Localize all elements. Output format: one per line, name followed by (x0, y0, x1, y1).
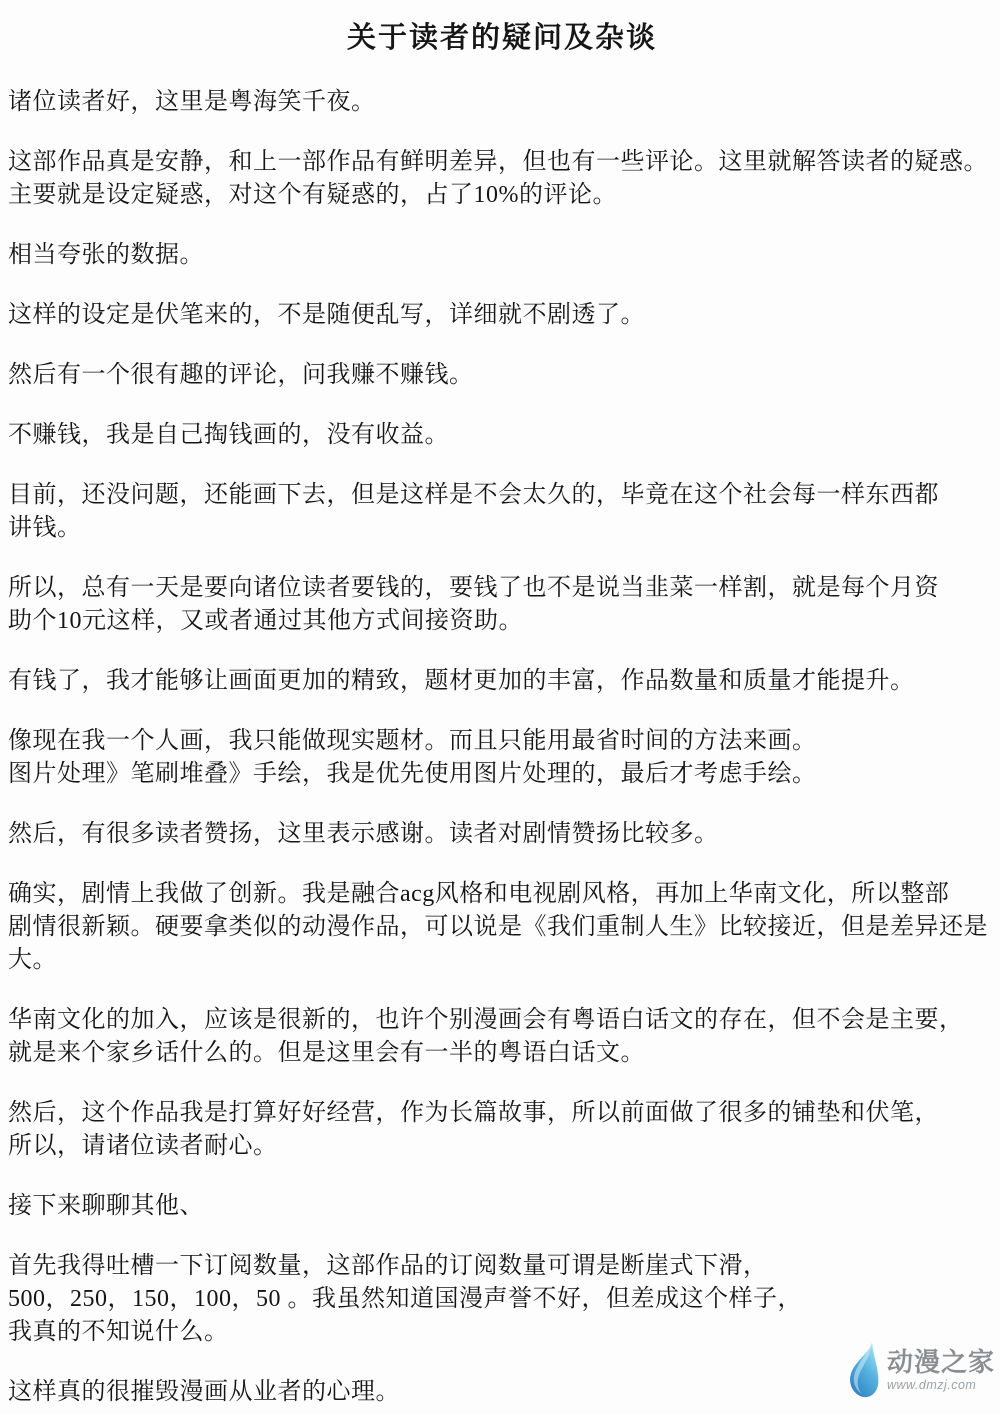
paragraph: 华南文化的加入，应该是很新的，也许个别漫画会有粤语白话文的存在，但不会是主要， … (8, 1004, 996, 1070)
paragraph: 所以，总有一天是要向诸位读者要钱的，要钱了也不是说当韭菜一样割，就是每个月资 助… (8, 572, 996, 638)
paragraph: 然后，有很多读者赞扬，这里表示感谢。读者对剧情赞扬比较多。 (8, 818, 996, 851)
paragraph: 不赚钱，我是自己掏钱画的，没有收益。 (8, 419, 996, 452)
author-note-page: 关于读者的疑问及杂谈 诸位读者好，这里是粤海笑千夜。 这部作品真是安静，和上一部… (0, 0, 1000, 1414)
paragraph: 然后，这个作品我是打算好好经营，作为长篇故事，所以前面做了很多的铺垫和伏笔， 所… (8, 1097, 996, 1163)
brand-url: www.dmzj.com (887, 1377, 976, 1393)
page-title: 关于读者的疑问及杂谈 (8, 16, 996, 60)
dmzj-watermark: 动漫之家 www.dmzj.com (845, 1334, 995, 1406)
brand-name: 动漫之家 (887, 1347, 995, 1377)
paragraph: 像现在我一个人画，我只能做现实题材。而且只能用最省时间的方法来画。 图片处理》笔… (8, 725, 996, 791)
paragraph: 有钱了，我才能够让画面更加的精致，题材更加的丰富，作品数量和质量才能提升。 (8, 665, 996, 698)
paragraph: 接下来聊聊其他、 (8, 1190, 996, 1223)
paragraph: 确实，剧情上我做了创新。我是融合acg风格和电视剧风格，再加上华南文化，所以整部… (8, 878, 996, 977)
paragraph: 相当夸张的数据。 (8, 239, 996, 272)
paragraph: 然后有一个很有趣的评论，问我赚不赚钱。 (8, 359, 996, 392)
paragraph: 目前，还没问题，还能画下去，但是这样是不会太久的，毕竟在这个社会每一样东西都 讲… (8, 479, 996, 545)
watermark-text: 动漫之家 www.dmzj.com (887, 1347, 995, 1393)
water-drop-logo-icon (845, 1339, 881, 1401)
paragraph: 这部作品真是安静，和上一部作品有鲜明差异，但也有一些评论。这里就解答读者的疑惑。… (8, 146, 996, 212)
paragraph: 这样的设定是伏笔来的，不是随便乱写，详细就不剧透了。 (8, 299, 996, 332)
paragraph: 诸位读者好，这里是粤海笑千夜。 (8, 86, 996, 119)
